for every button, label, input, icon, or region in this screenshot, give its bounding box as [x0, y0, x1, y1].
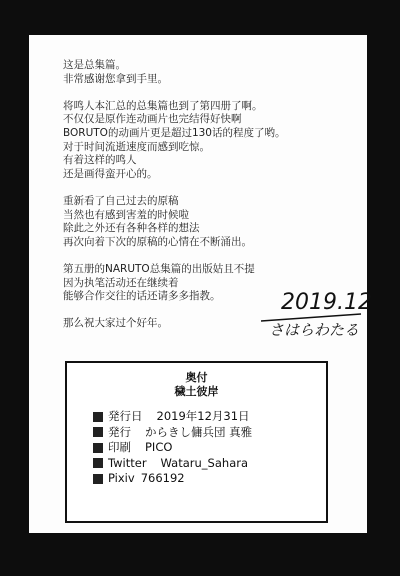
text-line: BORUTO的动画片更是超过130话的程度了哟。	[63, 127, 323, 141]
colophon-value: からきし傭兵団 真雅	[145, 425, 252, 441]
square-bullet-icon	[93, 427, 103, 437]
colophon-value: 2019年12月31日	[157, 409, 250, 425]
colophon-key: 印刷	[108, 440, 131, 456]
colophon-value: PICO	[145, 440, 172, 456]
text-line: 还是画得蛮开心的。	[63, 168, 323, 182]
signature-date: 2019.12	[281, 290, 371, 315]
text-line: 对于时间流逝速度而感到吃惊。	[63, 141, 323, 155]
text-line: 重新看了自己过去的原稿	[63, 195, 323, 209]
square-bullet-icon	[93, 458, 103, 468]
colophon-row: 印刷 PICO	[93, 440, 252, 456]
colophon-row: 発行 からきし傭兵団 真雅	[93, 425, 252, 441]
colophon-value: Wataru_Sahara	[161, 456, 248, 472]
colophon-key: Twitter	[108, 456, 147, 472]
square-bullet-icon	[93, 443, 103, 453]
colophon-key: 発行日	[108, 409, 143, 425]
text-line: 将鸣人本汇总的总集篇也到了第四册了啊。	[63, 100, 323, 114]
text-line: 第五册的NARUTO总集篇的出版姑且不提	[63, 263, 323, 277]
text-line: 除此之外还有各种各样的想法	[63, 222, 323, 236]
text-line: 当然也有感到害羞的时候啦	[63, 209, 323, 223]
colophon-row: Twitter Wataru_Sahara	[93, 456, 252, 472]
paragraph-3: 重新看了自己过去的原稿 当然也有感到害羞的时候啦 除此之外还有各种各样的想法 再…	[63, 195, 323, 249]
paragraph-1: 这是总集篇。 非常感谢您拿到手里。	[63, 59, 323, 86]
paragraph-2: 将鸣人本汇总的总集篇也到了第四册了啊。 不仅仅是原作连动画片也完结得好快啊 BO…	[63, 100, 323, 182]
colophon-key: Pixiv	[108, 471, 135, 487]
afterword-page: 这是总集篇。 非常感谢您拿到手里。 将鸣人本汇总的总集篇也到了第四册了啊。 不仅…	[29, 35, 367, 533]
handwritten-signature: 2019.12 さはらわたる	[261, 285, 371, 345]
colophon-box: 奥付 穢土彼岸 発行日 2019年12月31日 発行 からきし傭兵団 真雅 印刷…	[65, 361, 328, 523]
text-line: 有着这样的鸣人	[63, 154, 323, 168]
colophon-subtitle: 穢土彼岸	[67, 383, 326, 399]
signature-name: さはらわたる	[269, 321, 359, 339]
text-line: 非常感谢您拿到手里。	[63, 73, 323, 87]
colophon-value: 766192	[141, 471, 185, 487]
colophon-key: 発行	[108, 425, 131, 441]
text-line: 这是总集篇。	[63, 59, 323, 73]
colophon-row: Pixiv 766192	[93, 471, 252, 487]
square-bullet-icon	[93, 412, 103, 422]
colophon-list: 発行日 2019年12月31日 発行 からきし傭兵団 真雅 印刷 PICO Tw…	[93, 409, 252, 487]
square-bullet-icon	[93, 474, 103, 484]
colophon-row: 発行日 2019年12月31日	[93, 409, 252, 425]
text-line: 再次向着下次的原稿的心情在不断涌出。	[63, 236, 323, 250]
text-line: 不仅仅是原作连动画片也完结得好快啊	[63, 113, 323, 127]
